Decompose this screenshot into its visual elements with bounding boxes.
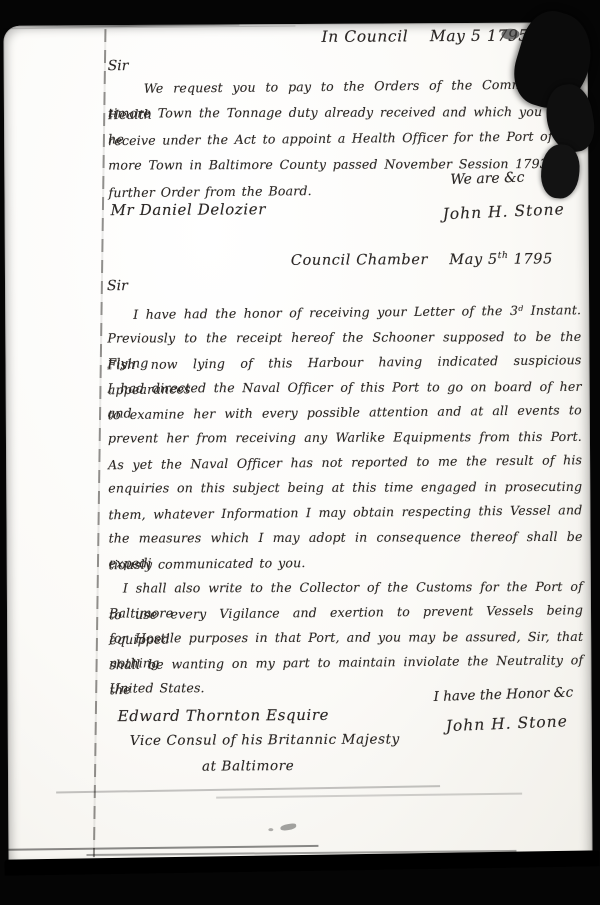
letter2-body-line: I shall also write to the Collector of t…	[109, 574, 583, 601]
letter1-heading-place: In Council	[321, 27, 408, 46]
letter2-body-line: prevent her from receiving any Warlike E…	[108, 424, 582, 451]
letter2-date-ordinal: th	[498, 251, 509, 261]
letter2-body-line: for Hostile purposes in that Port, and y…	[109, 624, 583, 651]
letter2-body-line: I have had the honor of receiving your L…	[107, 297, 581, 327]
letter2-body-line: to use every Vigilance and exertion to p…	[109, 597, 583, 627]
letter2-heading-date: May 5th 1795	[449, 251, 553, 268]
letter2-heading-place: Council Chamber	[291, 252, 428, 269]
document-scan: In Council May 5 1795 Sir We request you…	[0, 0, 600, 905]
page-fold-line	[93, 29, 106, 857]
scan-streak	[56, 785, 440, 793]
letter2-body-line: them, whatever Information I may obtain …	[108, 497, 582, 527]
letter2-body-line: Previously to the receipt hereof the Sch…	[107, 324, 581, 351]
letter2-addressee-name: Edward Thornton Esquire	[118, 706, 330, 725]
letter2-heading: Council Chamber May 5th 1795	[291, 250, 553, 268]
ink-smudge	[280, 823, 297, 831]
letter2-body-line: tiously communicated to you.	[109, 547, 583, 577]
letter2-signature: John H. Stone	[445, 712, 568, 735]
letter2-body-line: enquiries on this subject being at this …	[108, 474, 582, 501]
letter1-closing: We are &c	[450, 170, 525, 188]
letter1-heading: In Council May 5 1795	[321, 27, 528, 46]
letter1-body-line: We request you to pay to the Orders of t…	[108, 71, 576, 102]
bottom-edge-streak	[8, 845, 318, 851]
letter1-body-line: timore Town the Tonnage duty already rec…	[108, 99, 576, 127]
letter2-addressee-place: at Baltimore	[202, 758, 294, 775]
letter2-date-day: May 5	[449, 252, 498, 268]
letter1-salutation: Sir	[108, 58, 129, 74]
letter2-body-line: Fish now lying of this Harbour having in…	[107, 347, 581, 377]
letter2-body: I have had the honor of receiving your L…	[107, 298, 583, 701]
letter2-closing: I have the Honor &c	[433, 684, 573, 705]
ink-smudge	[268, 828, 273, 831]
scan-streak	[216, 793, 522, 799]
letter2-date-year: 1795	[514, 251, 553, 267]
letter1-signature: John H. Stone	[442, 200, 565, 223]
letter1-addressee: Mr Daniel Delozier	[111, 200, 267, 219]
letter1-body-line: receive under the Act to appoint a Healt…	[108, 123, 576, 154]
letter2-body-line: I had directed the Naval Officer of this…	[108, 374, 582, 401]
letter2-salutation: Sir	[107, 278, 128, 294]
paper-page: In Council May 5 1795 Sir We request you…	[3, 22, 592, 868]
letter2-body-line: shall be wanting on my part to maintain …	[109, 647, 583, 677]
letter2-addressee-title: Vice Consul of his Britannic Majesty	[130, 731, 400, 749]
scan-stain	[501, 29, 519, 40]
letter2-body-line: As yet the Naval Officer has not reporte…	[108, 447, 582, 477]
letter2-body-line: the measures which I may adopt in conseq…	[109, 524, 583, 551]
letter2-body-line: to examine her with every possible atten…	[108, 397, 582, 427]
